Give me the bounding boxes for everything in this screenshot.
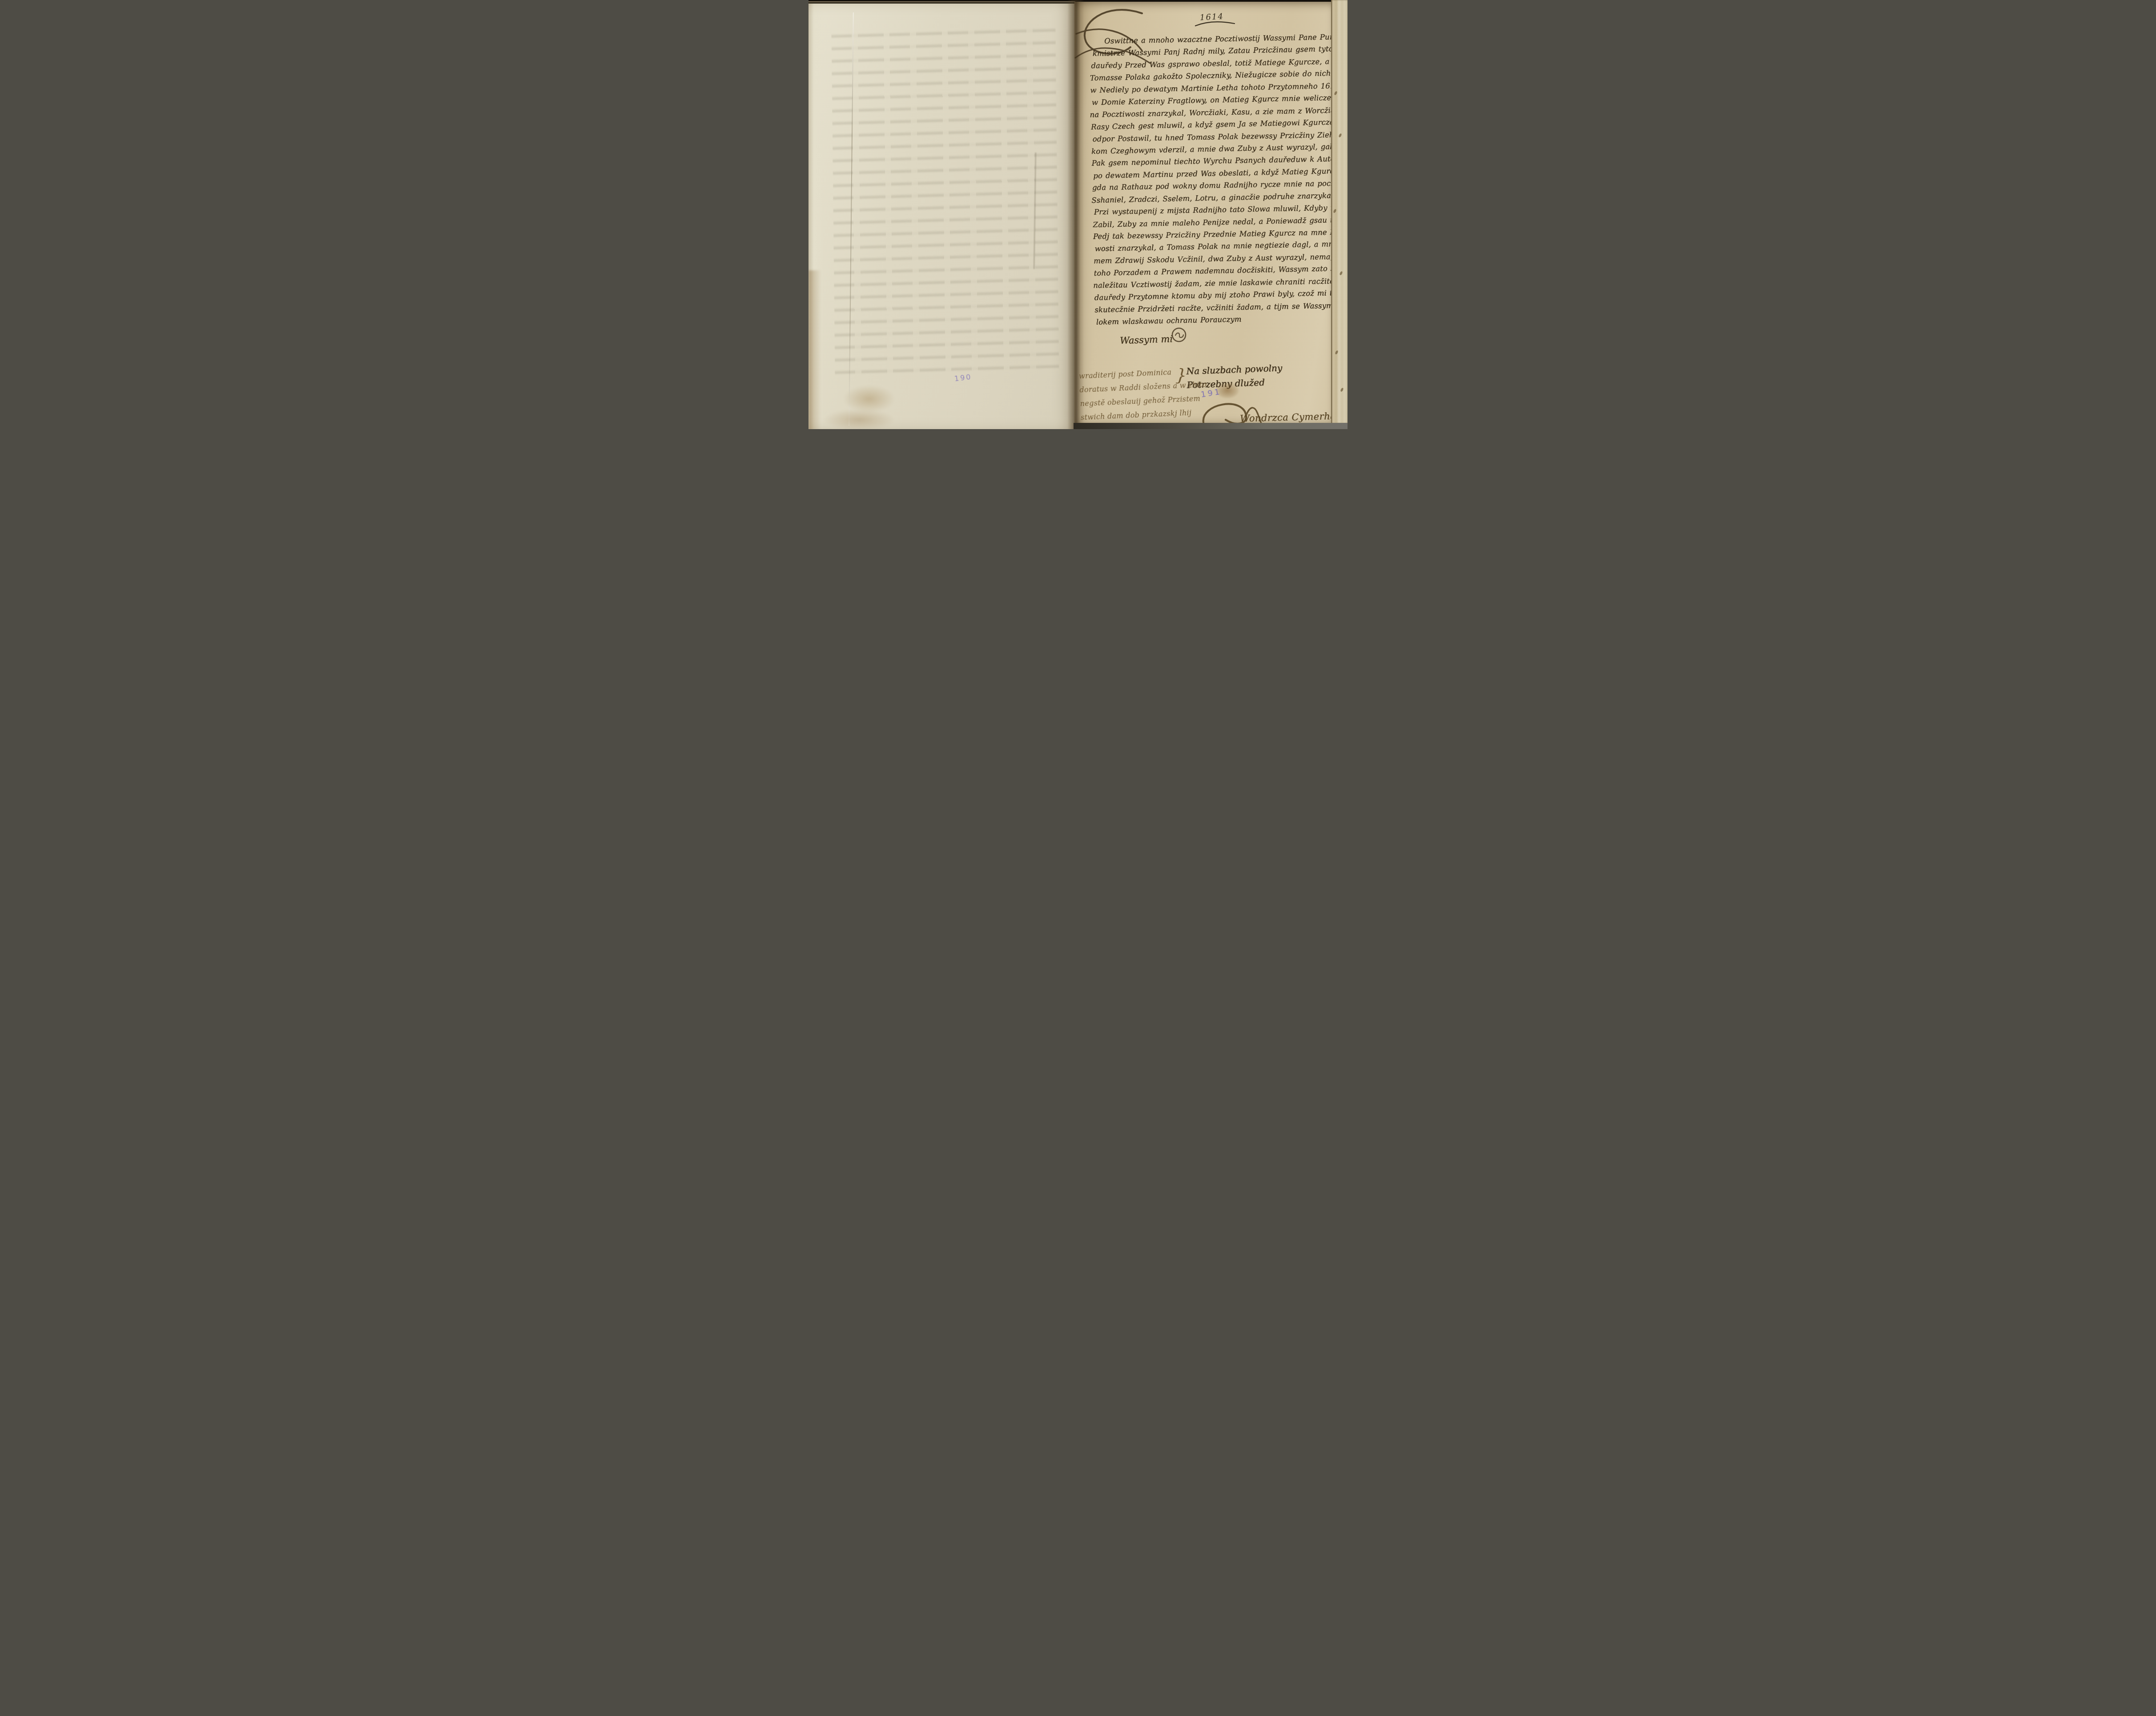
left-page: 190 xyxy=(808,4,1074,429)
closing-salutation: Wassym mi xyxy=(1120,334,1173,346)
edge-ink-mark xyxy=(1334,91,1338,95)
edge-ink-mark xyxy=(1339,133,1342,137)
page-stack-fore-edge xyxy=(1331,0,1347,423)
postscript-note: wraditerij post Dominica doratus w Raddi… xyxy=(1078,364,1210,424)
year-underline-stroke xyxy=(1194,20,1236,27)
notary-circle-mark xyxy=(1171,326,1187,343)
paper-stain xyxy=(808,270,821,429)
book-gutter-shadow xyxy=(1067,0,1084,429)
book-bottom-edge xyxy=(1074,423,1347,429)
paper-stain xyxy=(824,409,895,429)
ink-bleedthrough-text xyxy=(831,25,1059,379)
edge-ink-mark xyxy=(1335,350,1339,354)
postscript-brace: } xyxy=(1175,365,1187,386)
edge-ink-mark xyxy=(1339,271,1343,275)
page-number-190: 190 xyxy=(954,373,973,383)
paper-stain xyxy=(843,385,895,413)
edge-ink-mark xyxy=(1333,209,1337,213)
edge-ink-mark xyxy=(1340,387,1344,392)
ink-stain xyxy=(1216,382,1239,398)
letter-body: Oswittne a mnoho wzacztne Pocztiwostij W… xyxy=(1089,32,1331,330)
book-spread-photo: 190 1614 Oswittne a mnoho wzacztne Poczt… xyxy=(808,0,1347,429)
right-page: 1614 Oswittne a mnoho wzacztne Pocztiwos… xyxy=(1074,2,1331,424)
